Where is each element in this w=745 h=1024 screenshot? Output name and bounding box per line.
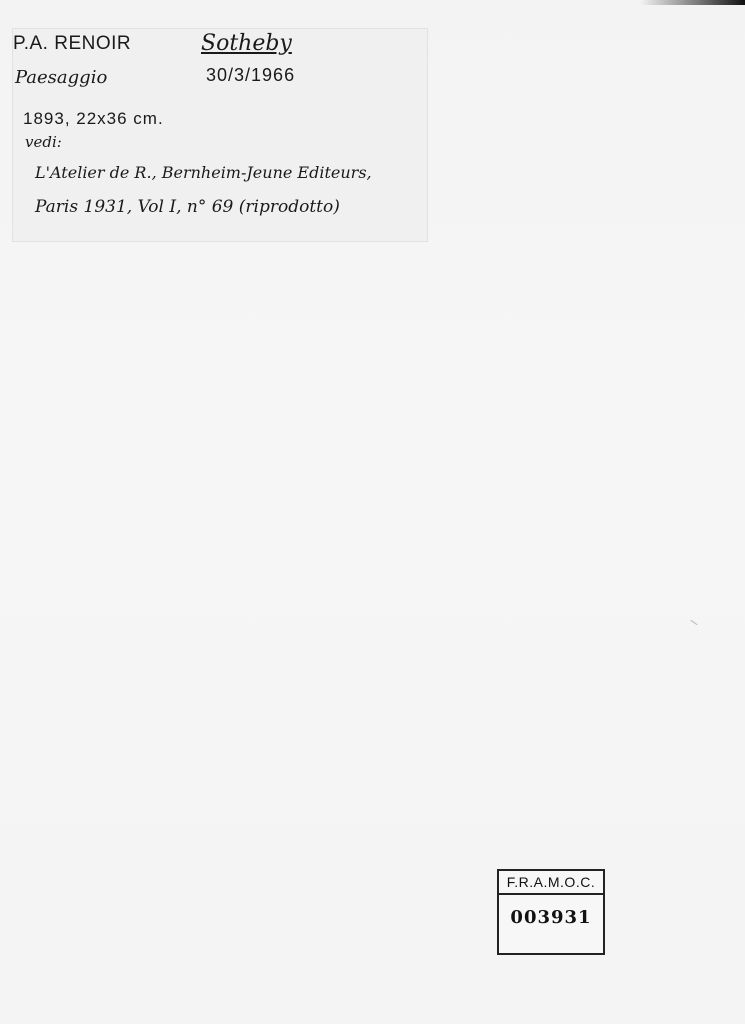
- stamp-number: 003931: [499, 907, 603, 928]
- artwork-title: Paesaggio: [15, 67, 107, 88]
- scan-edge-shadow: [640, 0, 745, 5]
- sale-date: 30/3/1966: [206, 65, 295, 86]
- vedi-label: vedi:: [25, 133, 62, 151]
- stamp-header: F.R.A.M.O.C.: [499, 871, 603, 895]
- auction-house: Sotheby: [201, 31, 292, 56]
- artist-name: P.A. RENOIR: [13, 33, 131, 55]
- paper-mark: [690, 620, 697, 625]
- handwritten-label: P.A. RENOIR Sotheby Paesaggio 30/3/1966 …: [12, 28, 428, 242]
- reference-line-1: L'Atelier de R., Bernheim-Jeune Editeurs…: [35, 163, 372, 182]
- artwork-details: 1893, 22x36 cm.: [23, 109, 164, 129]
- archive-stamp: F.R.A.M.O.C. 003931: [497, 869, 605, 955]
- reference-line-2: Paris 1931, Vol I, n° 69 (riprodotto): [35, 197, 340, 217]
